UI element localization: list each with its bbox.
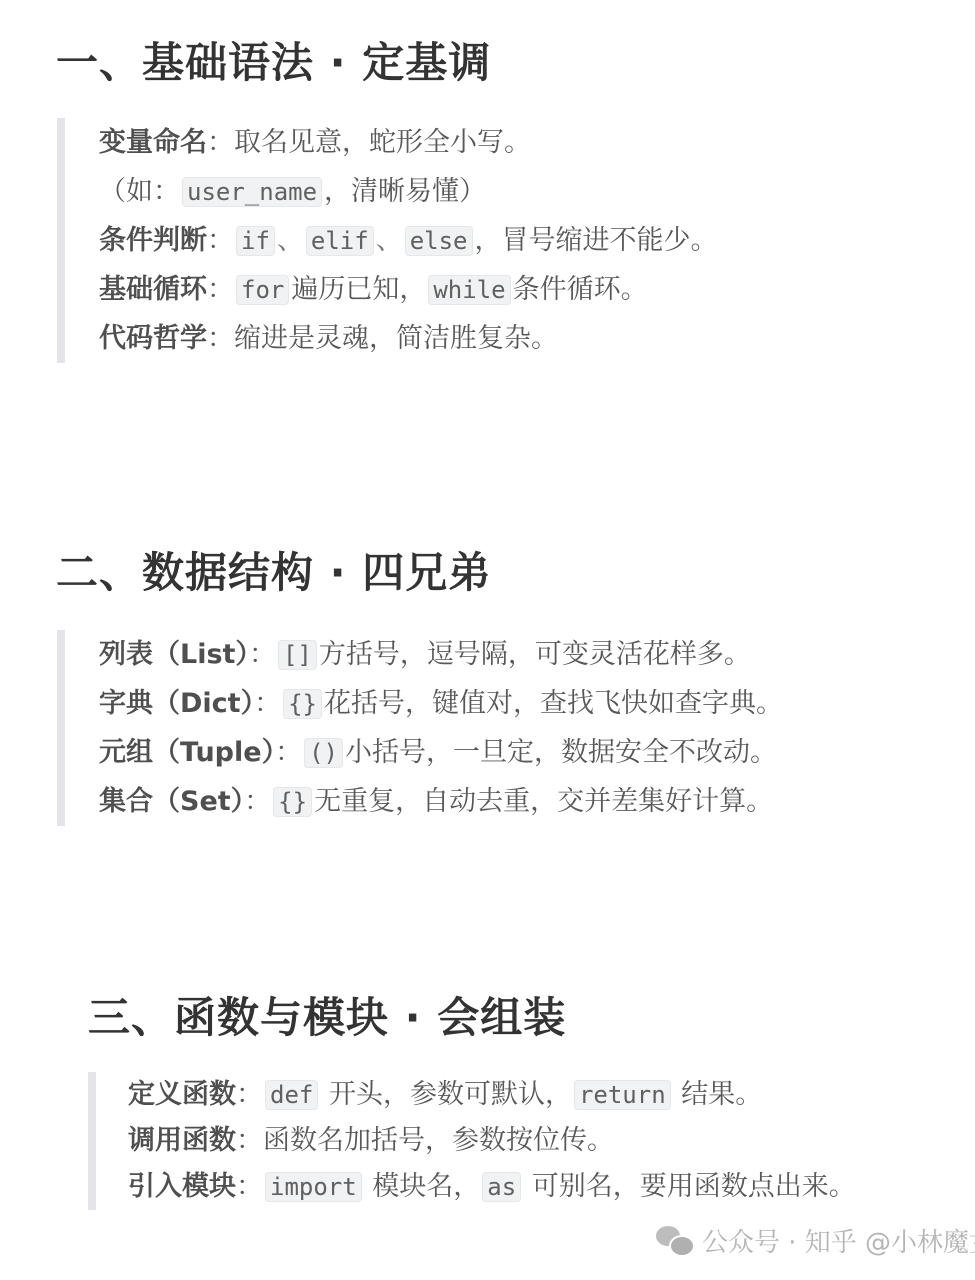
item-desc: 可别名，要用函数点出来。	[532, 1171, 856, 1202]
colon: ：	[236, 1125, 263, 1156]
colon: ：	[207, 225, 234, 256]
list-item: 条件判断：if、elif、else，冒号缩进不能少。	[99, 216, 718, 265]
item-term: 调用函数	[128, 1125, 236, 1156]
item-desc: 花括号，键值对，查找飞快如查字典。	[324, 688, 783, 719]
list-item: 字典（Dict）：{}花括号，键值对，查找飞快如查字典。	[99, 679, 783, 728]
colon: ：	[249, 639, 276, 670]
colon: ：	[236, 1171, 263, 1202]
inline-code: {}	[273, 787, 312, 817]
list-item: 调用函数：函数名加括号，参数按位传。	[128, 1118, 856, 1164]
list-item: 基础循环：for遍历已知，while条件循环。	[99, 265, 718, 314]
blockquote: 变量命名：取名见意，蛇形全小写。 （如：user_name，清晰易懂） 条件判断…	[57, 118, 718, 363]
separator: 、	[277, 225, 304, 256]
inline-code: while	[428, 275, 510, 305]
item-term: 字典（Dict）	[99, 688, 254, 719]
inline-code: {}	[283, 689, 322, 719]
inline-code: return	[574, 1080, 671, 1110]
item-term: 变量命名	[99, 127, 207, 158]
item-desc: 条件循环。	[513, 274, 648, 305]
colon: ：	[207, 274, 234, 305]
inline-code: else	[405, 226, 473, 256]
item-desc: 取名见意，蛇形全小写。	[234, 127, 531, 158]
item-desc: 模块名，	[372, 1171, 480, 1202]
list-item: 代码哲学：缩进是灵魂，简洁胜复杂。	[99, 314, 718, 363]
item-desc: 函数名加括号，参数按位传。	[263, 1125, 614, 1156]
section-heading: 三、函数与模块 · 会组装	[88, 985, 566, 1045]
inline-code: if	[236, 226, 275, 256]
section-heading: 二、数据结构 · 四兄弟	[56, 540, 491, 600]
colon: ：	[244, 786, 271, 817]
colon: ：	[254, 688, 281, 719]
inline-code: []	[278, 640, 317, 670]
inline-code: as	[482, 1172, 521, 1202]
inline-code: import	[265, 1172, 362, 1202]
inline-code: user_name	[182, 177, 322, 207]
inline-code: elif	[306, 226, 374, 256]
wechat-icon	[656, 1226, 694, 1256]
list-item: （如：user_name，清晰易懂）	[99, 167, 718, 216]
item-term: 条件判断	[99, 225, 207, 256]
item-desc: ，清晰易懂）	[324, 176, 486, 207]
list-item: 集合（Set）：{}无重复，自动去重，交并差集好计算。	[99, 777, 783, 826]
watermark: 公众号 · 知乎 @小林魔女	[656, 1222, 975, 1259]
list-item: 定义函数：def 开头，参数可默认，return 结果。	[128, 1072, 856, 1118]
blockquote: 列表（List）：[]方括号，逗号隔，可变灵活花样多。 字典（Dict）：{}花…	[57, 630, 783, 826]
item-term: 元组（Tuple）	[99, 737, 275, 768]
item-desc: 小括号，一旦定，数据安全不改动。	[345, 737, 777, 768]
inline-code: ()	[304, 738, 343, 768]
item-desc: 缩进是灵魂，简洁胜复杂。	[234, 323, 558, 354]
item-desc: ，冒号缩进不能少。	[475, 225, 718, 256]
item-desc: 方括号，逗号隔，可变灵活花样多。	[319, 639, 751, 670]
item-desc: 开头，参数可默认，	[329, 1079, 572, 1110]
watermark-text: 公众号 · 知乎 @小林魔女	[702, 1222, 975, 1259]
item-desc: 结果。	[681, 1079, 762, 1110]
colon: ：	[236, 1079, 263, 1110]
item-desc: 无重复，自动去重，交并差集好计算。	[314, 786, 773, 817]
inline-code: for	[236, 275, 289, 305]
blockquote: 定义函数：def 开头，参数可默认，return 结果。 调用函数：函数名加括号…	[88, 1072, 856, 1210]
list-item: 变量命名：取名见意，蛇形全小写。	[99, 118, 718, 167]
item-prefix: （如：	[99, 176, 180, 207]
item-term: 定义函数	[128, 1079, 236, 1110]
inline-code: def	[265, 1080, 318, 1110]
item-term: 引入模块	[128, 1171, 236, 1202]
colon: ：	[207, 127, 234, 158]
list-item: 元组（Tuple）：()小括号，一旦定，数据安全不改动。	[99, 728, 783, 777]
item-desc: 遍历已知，	[291, 274, 426, 305]
list-item: 引入模块：import 模块名，as 可别名，要用函数点出来。	[128, 1164, 856, 1210]
list-item: 列表（List）：[]方括号，逗号隔，可变灵活花样多。	[99, 630, 783, 679]
item-term: 集合（Set）	[99, 786, 244, 817]
section-heading: 一、基础语法 · 定基调	[56, 30, 491, 90]
colon: ：	[207, 323, 234, 354]
item-term: 基础循环	[99, 274, 207, 305]
item-term: 代码哲学	[99, 323, 207, 354]
separator: 、	[376, 225, 403, 256]
item-term: 列表（List）	[99, 639, 249, 670]
colon: ：	[275, 737, 302, 768]
